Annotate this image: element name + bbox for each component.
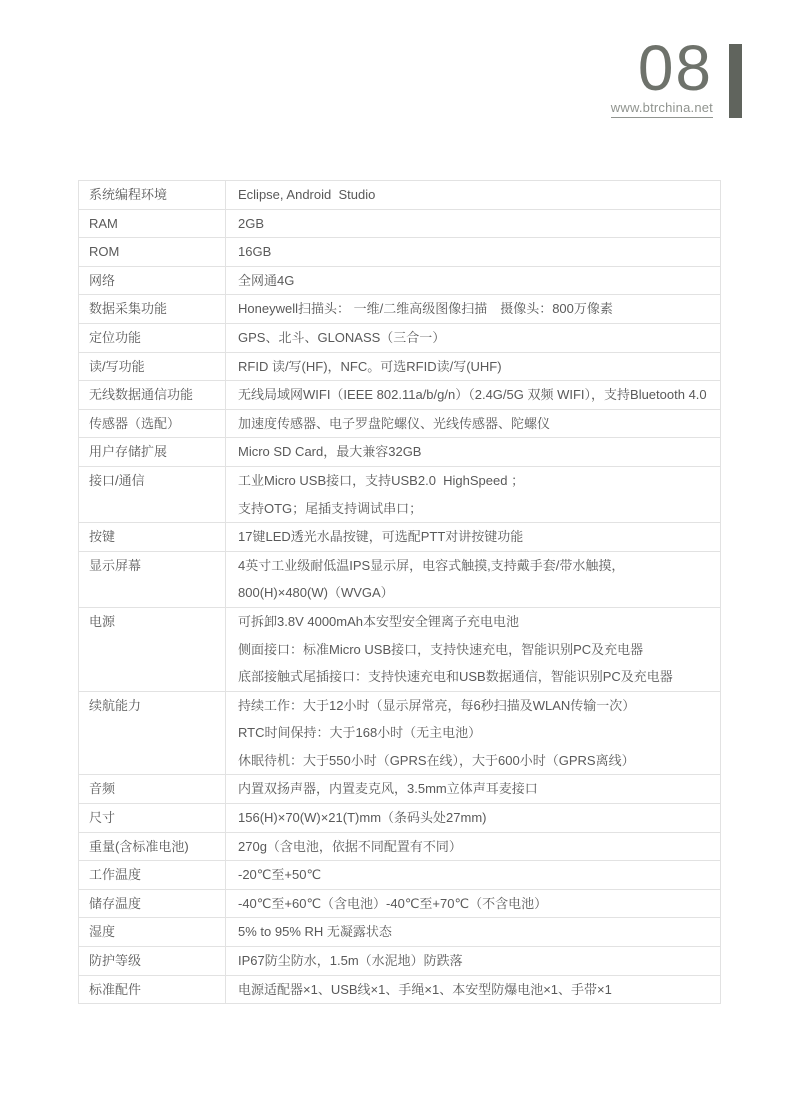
spec-label: 用户存储扩展 bbox=[79, 438, 226, 467]
spec-row: 网络全网通4G bbox=[79, 266, 721, 295]
spec-value: GPS、北斗、GLONASS（三合一） bbox=[226, 323, 721, 352]
spec-value-line: Honeywell扫描头： 一维/二维高级图像扫描 摄像头：800万像素 bbox=[238, 295, 712, 323]
spec-table-body: 系统编程环境Eclipse, Android StudioRAM2GBROM16… bbox=[79, 181, 721, 1004]
spec-value: 2GB bbox=[226, 209, 721, 238]
spec-value-line: 内置双扬声器，内置麦克风，3.5mm立体声耳麦接口 bbox=[238, 775, 712, 803]
spec-value-line: 2GB bbox=[238, 210, 712, 238]
spec-label: 数据采集功能 bbox=[79, 295, 226, 324]
spec-label: 按键 bbox=[79, 523, 226, 552]
spec-value: 工业Micro USB接口，支持USB2.0 HighSpeed ；支持OTG；… bbox=[226, 466, 721, 522]
spec-row: 传感器（选配）加速度传感器、电子罗盘陀螺仪、光线传感器、陀螺仪 bbox=[79, 409, 721, 438]
spec-value: 无线局域网WIFI（IEEE 802.11a/b/g/n）（2.4G/5G 双频… bbox=[226, 381, 721, 410]
spec-row: 尺寸156(H)×70(W)×21(T)mm（条码头处27mm) bbox=[79, 804, 721, 833]
spec-row: 显示屏幕4英寸工业级耐低温IPS显示屏，电容式触摸,支持戴手套/带水触摸，800… bbox=[79, 551, 721, 607]
spec-value-line: Eclipse, Android Studio bbox=[238, 181, 712, 209]
spec-value: 17键LED透光水晶按键，可选配PTT对讲按键功能 bbox=[226, 523, 721, 552]
spec-value: 可拆卸3.8V 4000mAh本安型安全锂离子充电电池侧面接口：标准Micro … bbox=[226, 607, 721, 691]
spec-value-line: 持续工作：大于12小时（显示屏常亮，每6秒扫描及WLAN传输一次） bbox=[238, 692, 712, 720]
spec-value-line: 156(H)×70(W)×21(T)mm（条码头处27mm) bbox=[238, 804, 712, 832]
spec-row: 音频内置双扬声器，内置麦克风，3.5mm立体声耳麦接口 bbox=[79, 775, 721, 804]
spec-value: 4英寸工业级耐低温IPS显示屏，电容式触摸,支持戴手套/带水触摸，800(H)×… bbox=[226, 551, 721, 607]
spec-value-line: 270g（含电池，依据不同配置有不同） bbox=[238, 833, 712, 861]
spec-label: ROM bbox=[79, 238, 226, 267]
spec-label: 网络 bbox=[79, 266, 226, 295]
spec-row: 接口/通信工业Micro USB接口，支持USB2.0 HighSpeed ；支… bbox=[79, 466, 721, 522]
spec-value-line: RTC时间保持：大于168小时（无主电池） bbox=[238, 719, 712, 747]
spec-value-line: RFID 读/写(HF)，NFC。可选RFID读/写(UHF) bbox=[238, 353, 712, 381]
spec-value: 持续工作：大于12小时（显示屏常亮，每6秒扫描及WLAN传输一次）RTC时间保持… bbox=[226, 691, 721, 775]
spec-value: 5% to 95% RH 无凝露状态 bbox=[226, 918, 721, 947]
spec-value: 电源适配器×1、USB线×1、手绳×1、本安型防爆电池×1、手带×1 bbox=[226, 975, 721, 1004]
spec-label: 湿度 bbox=[79, 918, 226, 947]
spec-value-line: -20℃至+50℃ bbox=[238, 861, 712, 889]
spec-label: 防护等级 bbox=[79, 947, 226, 976]
spec-label: 标准配件 bbox=[79, 975, 226, 1004]
spec-value: 270g（含电池，依据不同配置有不同） bbox=[226, 832, 721, 861]
spec-label: 传感器（选配） bbox=[79, 409, 226, 438]
spec-row: ROM16GB bbox=[79, 238, 721, 267]
spec-row: 无线数据通信功能无线局域网WIFI（IEEE 802.11a/b/g/n）（2.… bbox=[79, 381, 721, 410]
spec-label: RAM bbox=[79, 209, 226, 238]
spec-value: 内置双扬声器，内置麦克风，3.5mm立体声耳麦接口 bbox=[226, 775, 721, 804]
spec-value-line: 可拆卸3.8V 4000mAh本安型安全锂离子充电电池 bbox=[238, 608, 712, 636]
spec-row: 定位功能GPS、北斗、GLONASS（三合一） bbox=[79, 323, 721, 352]
spec-value: 156(H)×70(W)×21(T)mm（条码头处27mm) bbox=[226, 804, 721, 833]
header-accent-bar bbox=[729, 44, 742, 118]
document-page: 08 www.btrchina.net 系统编程环境Eclipse, Andro… bbox=[0, 0, 800, 1094]
spec-value-line: Micro SD Card，最大兼容32GB bbox=[238, 438, 712, 466]
spec-label: 音频 bbox=[79, 775, 226, 804]
spec-value: 全网通4G bbox=[226, 266, 721, 295]
spec-row: 防护等级IP67防尘防水，1.5m（水泥地）防跌落 bbox=[79, 947, 721, 976]
spec-value-line: 工业Micro USB接口，支持USB2.0 HighSpeed ； bbox=[238, 467, 712, 495]
spec-value-line: 侧面接口：标准Micro USB接口，支持快速充电，智能识别PC及充电器 bbox=[238, 636, 712, 664]
spec-row: 工作温度-20℃至+50℃ bbox=[79, 861, 721, 890]
spec-row: 续航能力持续工作：大于12小时（显示屏常亮，每6秒扫描及WLAN传输一次）RTC… bbox=[79, 691, 721, 775]
spec-value-line: 无线局域网WIFI（IEEE 802.11a/b/g/n）（2.4G/5G 双频… bbox=[238, 381, 712, 409]
page-number: 08 bbox=[638, 36, 713, 100]
spec-value-line: IP67防尘防水，1.5m（水泥地）防跌落 bbox=[238, 947, 712, 975]
spec-label: 读/写功能 bbox=[79, 352, 226, 381]
spec-value: IP67防尘防水，1.5m（水泥地）防跌落 bbox=[226, 947, 721, 976]
spec-label: 尺寸 bbox=[79, 804, 226, 833]
spec-value: 16GB bbox=[226, 238, 721, 267]
spec-value-line: 休眠待机：大于550小时（GPRS在线），大于600小时（GPRS离线） bbox=[238, 747, 712, 775]
spec-label: 电源 bbox=[79, 607, 226, 691]
spec-value: -40℃至+60℃（含电池）-40℃至+70℃（不含电池） bbox=[226, 889, 721, 918]
spec-label: 重量(含标准电池) bbox=[79, 832, 226, 861]
spec-row: 电源可拆卸3.8V 4000mAh本安型安全锂离子充电电池侧面接口：标准Micr… bbox=[79, 607, 721, 691]
spec-row: 读/写功能RFID 读/写(HF)，NFC。可选RFID读/写(UHF) bbox=[79, 352, 721, 381]
spec-value: -20℃至+50℃ bbox=[226, 861, 721, 890]
spec-label: 工作温度 bbox=[79, 861, 226, 890]
spec-value-line: 底部接触式尾插接口：支持快速充电和USB数据通信，智能识别PC及充电器 bbox=[238, 663, 712, 691]
spec-row: 重量(含标准电池)270g（含电池，依据不同配置有不同） bbox=[79, 832, 721, 861]
spec-value: 加速度传感器、电子罗盘陀螺仪、光线传感器、陀螺仪 bbox=[226, 409, 721, 438]
spec-value-line: -40℃至+60℃（含电池）-40℃至+70℃（不含电池） bbox=[238, 890, 712, 918]
spec-label: 接口/通信 bbox=[79, 466, 226, 522]
spec-value-line: 4英寸工业级耐低温IPS显示屏，电容式触摸,支持戴手套/带水触摸， bbox=[238, 552, 712, 580]
spec-row: 湿度5% to 95% RH 无凝露状态 bbox=[79, 918, 721, 947]
spec-row: 标准配件电源适配器×1、USB线×1、手绳×1、本安型防爆电池×1、手带×1 bbox=[79, 975, 721, 1004]
spec-label: 无线数据通信功能 bbox=[79, 381, 226, 410]
spec-label: 显示屏幕 bbox=[79, 551, 226, 607]
spec-row: 储存温度-40℃至+60℃（含电池）-40℃至+70℃（不含电池） bbox=[79, 889, 721, 918]
spec-table: 系统编程环境Eclipse, Android StudioRAM2GBROM16… bbox=[78, 180, 721, 1004]
spec-row: 用户存储扩展Micro SD Card，最大兼容32GB bbox=[79, 438, 721, 467]
spec-value-line: 16GB bbox=[238, 238, 712, 266]
spec-row: 系统编程环境Eclipse, Android Studio bbox=[79, 181, 721, 210]
spec-value: Micro SD Card，最大兼容32GB bbox=[226, 438, 721, 467]
spec-label: 定位功能 bbox=[79, 323, 226, 352]
website-link[interactable]: www.btrchina.net bbox=[611, 100, 713, 118]
spec-label: 续航能力 bbox=[79, 691, 226, 775]
spec-label: 储存温度 bbox=[79, 889, 226, 918]
spec-value-line: 5% to 95% RH 无凝露状态 bbox=[238, 918, 712, 946]
spec-row: 按键17键LED透光水晶按键，可选配PTT对讲按键功能 bbox=[79, 523, 721, 552]
spec-value-line: 加速度传感器、电子罗盘陀螺仪、光线传感器、陀螺仪 bbox=[238, 410, 712, 438]
spec-label: 系统编程环境 bbox=[79, 181, 226, 210]
spec-value: RFID 读/写(HF)，NFC。可选RFID读/写(UHF) bbox=[226, 352, 721, 381]
spec-value-line: 全网通4G bbox=[238, 267, 712, 295]
spec-value-line: 800(H)×480(W)（WVGA） bbox=[238, 579, 712, 607]
spec-row: 数据采集功能Honeywell扫描头： 一维/二维高级图像扫描 摄像头：800万… bbox=[79, 295, 721, 324]
spec-row: RAM2GB bbox=[79, 209, 721, 238]
spec-value-line: 支持OTG；尾插支持调试串口； bbox=[238, 495, 712, 523]
spec-value-line: 电源适配器×1、USB线×1、手绳×1、本安型防爆电池×1、手带×1 bbox=[238, 976, 712, 1004]
spec-value-line: GPS、北斗、GLONASS（三合一） bbox=[238, 324, 712, 352]
spec-value: Eclipse, Android Studio bbox=[226, 181, 721, 210]
spec-value-line: 17键LED透光水晶按键，可选配PTT对讲按键功能 bbox=[238, 523, 712, 551]
spec-value: Honeywell扫描头： 一维/二维高级图像扫描 摄像头：800万像素 bbox=[226, 295, 721, 324]
